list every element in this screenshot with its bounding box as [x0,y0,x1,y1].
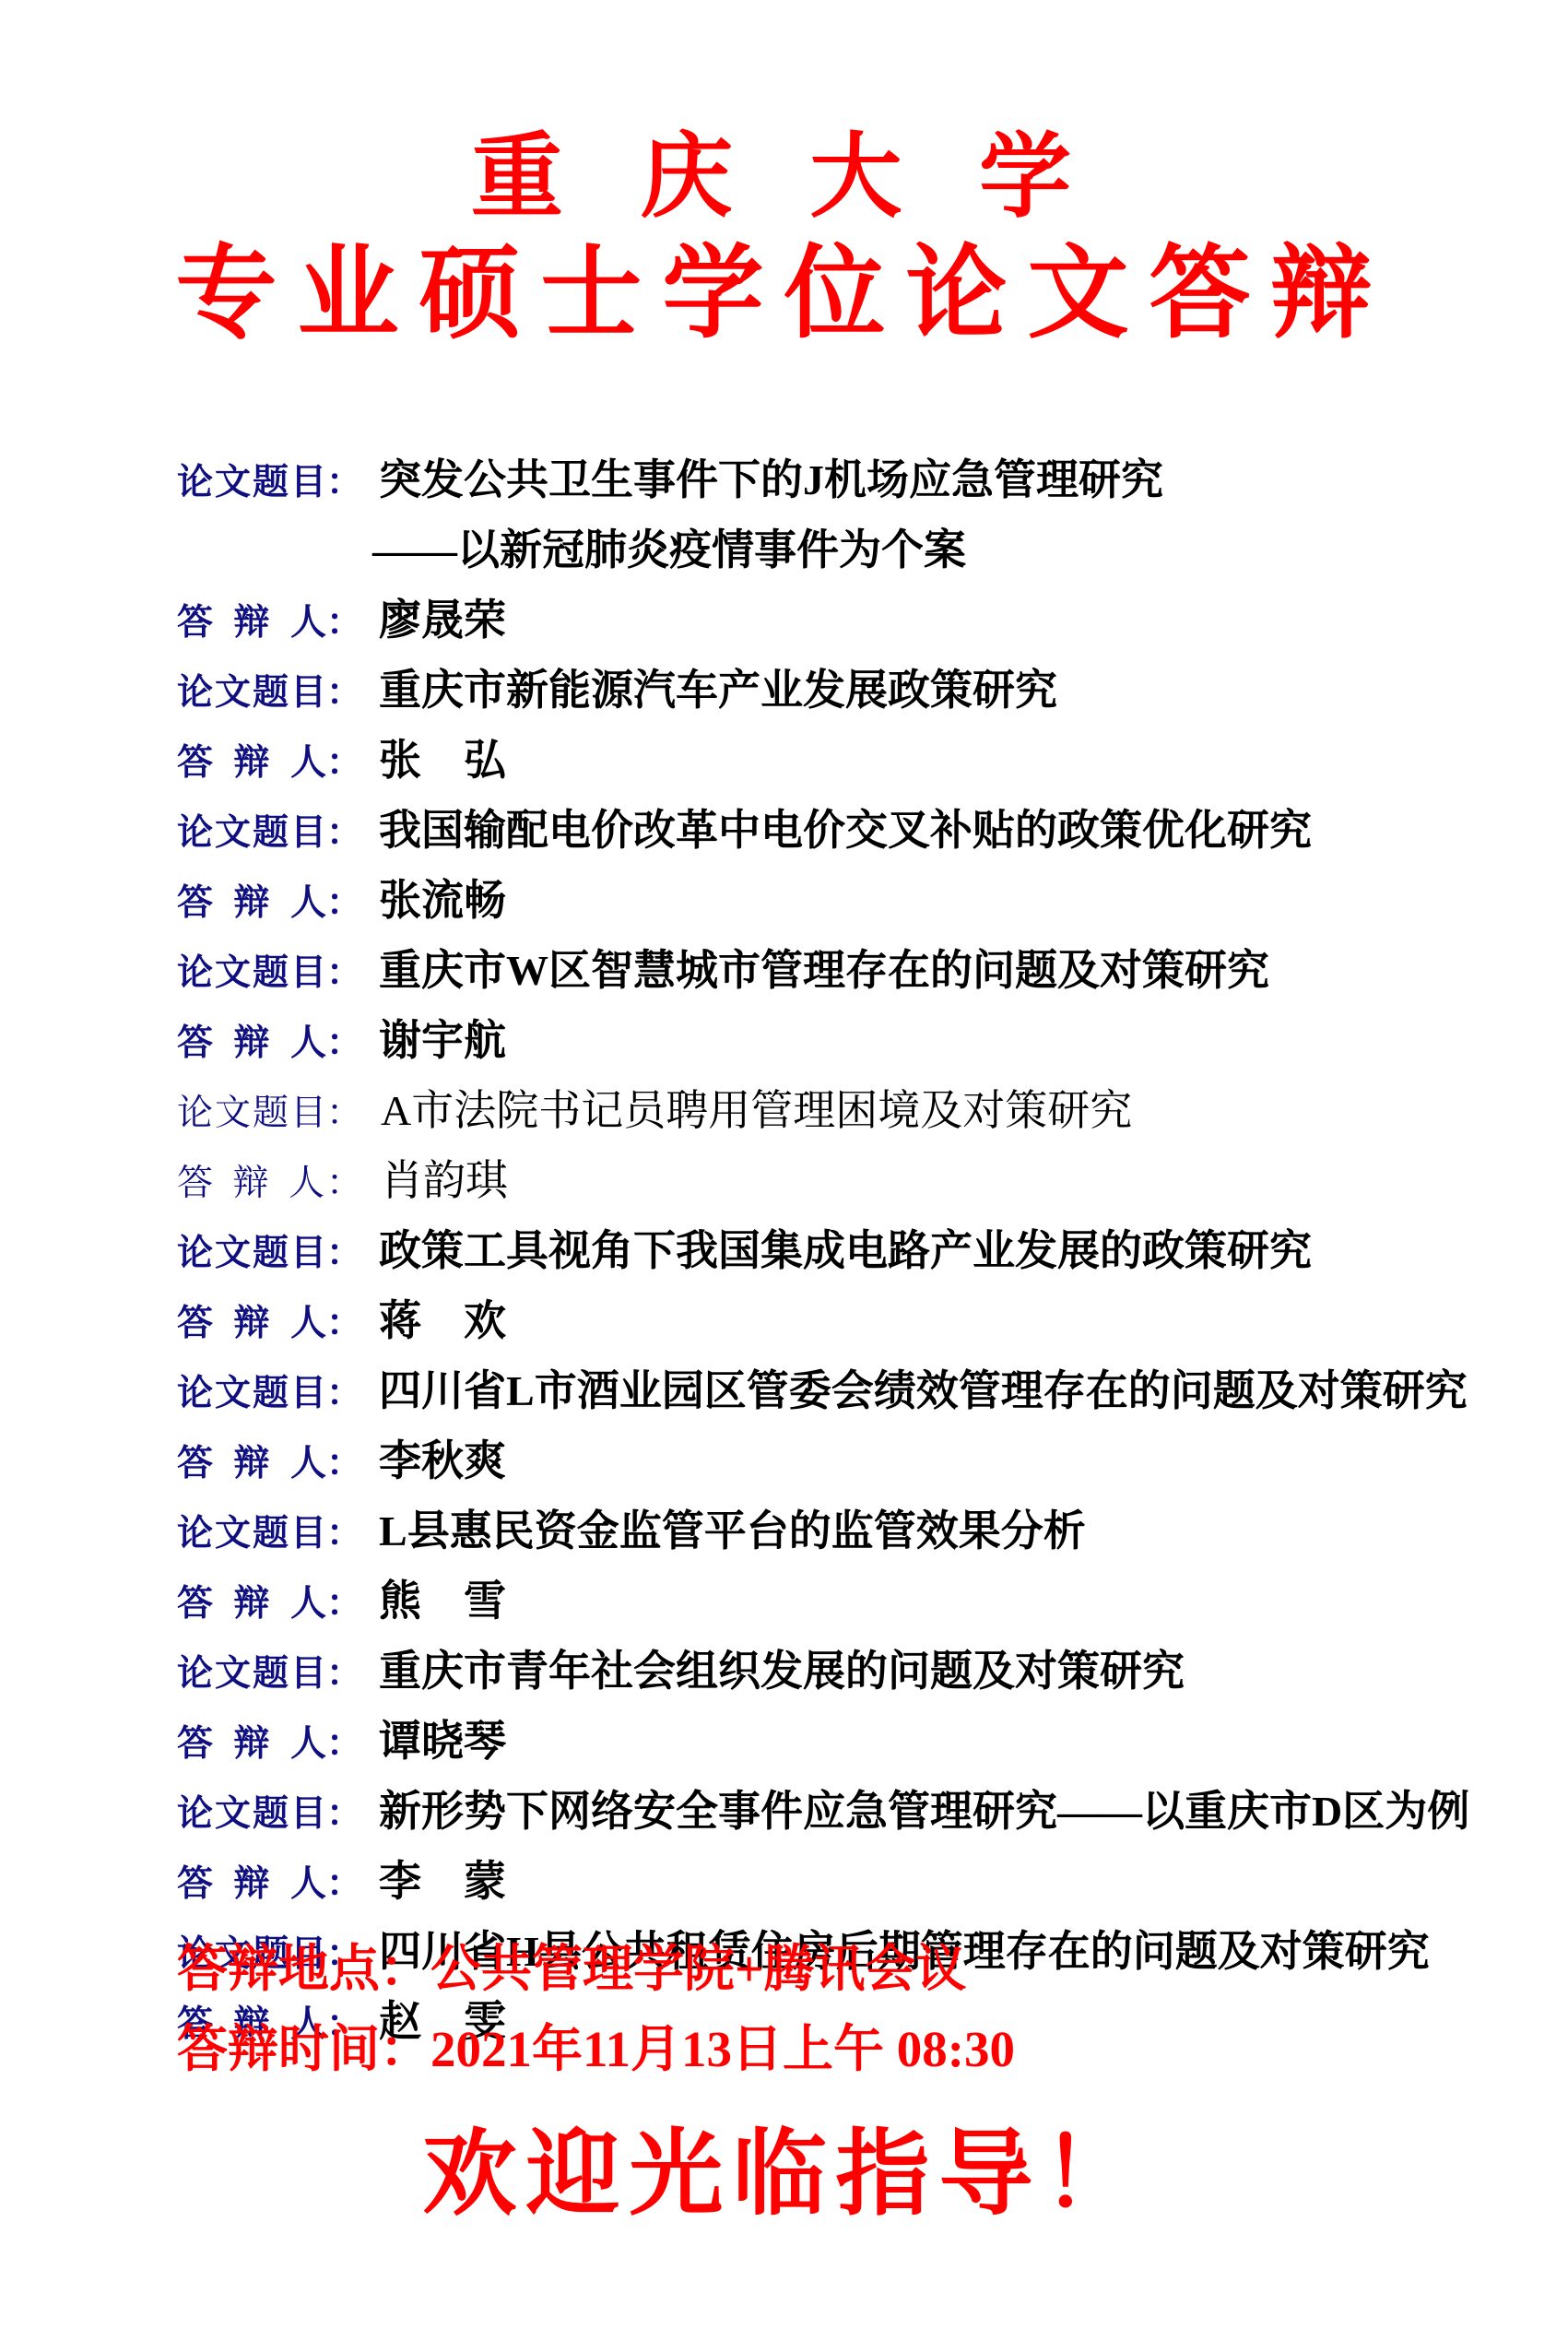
defender-label: 答 辩 人 [177,1294,326,1353]
defender-row: 答 辩 人：张 弘 [177,730,1486,800]
defender-label: 答 辩 人 [177,1013,326,1073]
label-colon: ： [326,1794,362,1834]
thesis-title-label: 论文题目 [177,943,326,1003]
defender-row: 答 辩 人：廖晟荣 [177,590,1486,660]
defender-row: 答 辩 人：谭晓琴 [177,1711,1486,1781]
defender-row: 答 辩 人：张流畅 [177,870,1486,940]
defender-name: 张 弘 [379,737,506,784]
defender-label: 答 辩 人 [177,1854,326,1914]
thesis-entry: 论文题目：政策工具视角下我国集成电路产业发展的政策研究 答 辩 人：蒋 欢 [177,1221,1486,1361]
thesis-title-text: 突发公共卫生事件下的J机场应急管理研究 [379,456,1163,503]
thesis-title-row: 论文题目：重庆市W区智慧城市管理存在的问题及对策研究 [177,940,1486,1011]
defender-label: 答 辩 人 [177,733,326,793]
label-colon: ： [326,1234,362,1273]
label-colon: ： [326,1023,362,1063]
thesis-title-text: 重庆市W区智慧城市管理存在的问题及对策研究 [379,947,1269,994]
defender-row: 答 辩 人：肖韵琪 [177,1151,1486,1221]
thesis-title-text: 政策工具视角下我国集成电路产业发展的政策研究 [379,1227,1312,1274]
defense-info-block: 答辩地点：公共管理学院+腾讯会议 答辩时间：2021年11月13日上午 08:3… [177,1929,1015,2089]
thesis-entry: 论文题目：我国输配电价改革中电价交叉补贴的政策优化研究 答 辩 人：张流畅 [177,800,1486,940]
defender-row: 答 辩 人：蒋 欢 [177,1291,1486,1361]
thesis-title-row: 论文题目：我国输配电价改革中电价交叉补贴的政策优化研究 [177,800,1486,870]
label-colon: ： [326,1164,364,1203]
defender-name: 谢宇航 [379,1017,506,1064]
thesis-title-label: 论文题目 [177,1504,326,1564]
label-colon: ： [326,813,362,853]
thesis-title-label: 论文题目 [177,1223,326,1283]
thesis-entry: 论文题目：L县惠民资金监管平台的监管效果分析 答 辩 人：熊 雪 [177,1501,1486,1641]
welcome-banner: 欢迎光临指导！ [0,2121,1568,2228]
thesis-title-row: 论文题目：政策工具视角下我国集成电路产业发展的政策研究 [177,1221,1486,1291]
defender-row: 答 辩 人：李 蒙 [177,1851,1486,1921]
thesis-title-text: 四川省L市酒业园区管委会绩效管理存在的问题及对策研究 [379,1367,1468,1414]
label-colon: ： [326,1093,364,1133]
label-colon: ： [326,1374,362,1413]
defender-name: 廖晟荣 [379,597,506,644]
thesis-title-row: 论文题目：重庆市新能源汽车产业发展政策研究 [177,660,1486,730]
thesis-title-label: 论文题目 [177,453,326,513]
defender-name: 肖韵琪 [381,1157,508,1204]
venue-text: 公共管理学院+腾讯会议 [430,1941,966,1997]
defender-name: 李 蒙 [379,1858,506,1905]
thesis-title-text: A市法院书记员聘用管理困境及对策研究 [381,1087,1132,1134]
thesis-subtitle-text: ——以新冠肺炎疫情事件为个案 [372,526,966,573]
thesis-title-label: 论文题目 [177,803,326,863]
thesis-title-row: 论文题目：重庆市青年社会组织发展的问题及对策研究 [177,1641,1486,1711]
label-colon: ： [326,1304,362,1343]
thesis-title-row: 论文题目：A市法院书记员聘用管理困境及对策研究 [177,1081,1486,1151]
defender-name: 李秋爽 [379,1437,506,1484]
defender-label: 答 辩 人 [177,1714,326,1774]
label-colon: ： [326,1654,362,1694]
venue-label: 答辩地点： [177,1941,430,1997]
thesis-title-label: 论文题目 [177,663,326,723]
thesis-title-text: 重庆市青年社会组织发展的问题及对策研究 [379,1648,1185,1695]
defender-label: 答 辩 人 [177,873,326,933]
label-colon: ： [326,1724,362,1764]
defender-name: 张流畅 [379,877,506,924]
thesis-entry: 论文题目：重庆市青年社会组织发展的问题及对策研究 答 辩 人：谭晓琴 [177,1641,1486,1781]
time-label: 答辩时间： [177,2021,430,2077]
thesis-entry: 论文题目：重庆市W区智慧城市管理存在的问题及对策研究 答 辩 人：谢宇航 [177,940,1486,1081]
thesis-title-text: L县惠民资金监管平台的监管效果分析 [379,1507,1086,1554]
defender-name: 蒋 欢 [379,1297,506,1344]
label-colon: ： [326,673,362,713]
thesis-title-row: 论文题目：新形势下网络安全事件应急管理研究——以重庆市D区为例 [177,1781,1486,1851]
label-colon: ： [326,1444,362,1483]
thesis-title-row: 论文题目：突发公共卫生事件下的J机场应急管理研究 [177,450,1486,520]
thesis-title-label: 论文题目 [177,1364,326,1424]
label-colon: ： [326,883,362,923]
defender-row: 答 辩 人：熊 雪 [177,1571,1486,1641]
defender-name: 谭晓琴 [379,1718,506,1765]
defender-row: 答 辩 人：谢宇航 [177,1011,1486,1081]
label-colon: ： [326,463,362,502]
thesis-entry: 论文题目：新形势下网络安全事件应急管理研究——以重庆市D区为例 答 辩 人：李 … [177,1781,1486,1921]
time-text: 2021年11月13日上午 08:30 [430,2021,1015,2077]
defense-time-line: 答辩时间：2021年11月13日上午 08:30 [177,2009,1015,2089]
label-colon: ： [326,1514,362,1554]
thesis-list: 论文题目：突发公共卫生事件下的J机场应急管理研究 ——以新冠肺炎疫情事件为个案 … [177,450,1486,2062]
label-colon: ： [326,603,362,643]
thesis-entry: 论文题目：突发公共卫生事件下的J机场应急管理研究 ——以新冠肺炎疫情事件为个案 … [177,450,1486,660]
thesis-entry: 论文题目：A市法院书记员聘用管理困境及对策研究 答 辩 人：肖韵琪 [177,1081,1486,1221]
defender-label: 答 辩 人 [177,1434,326,1494]
defender-row: 答 辩 人：李秋爽 [177,1431,1486,1501]
thesis-title-label: 论文题目 [177,1784,326,1844]
thesis-title-text: 重庆市新能源汽车产业发展政策研究 [379,667,1057,714]
thesis-entry: 论文题目：四川省L市酒业园区管委会绩效管理存在的问题及对策研究 答 辩 人：李秋… [177,1361,1486,1501]
thesis-title-row: 论文题目：L县惠民资金监管平台的监管效果分析 [177,1501,1486,1571]
defender-label: 答 辩 人 [177,593,326,653]
defense-announcement-page: { "header": { "university_line": "重 庆 大 … [0,0,1568,2352]
defense-venue-line: 答辩地点：公共管理学院+腾讯会议 [177,1929,1015,2009]
defender-label: 答 辩 人 [177,1574,326,1634]
thesis-subtitle-row: ——以新冠肺炎疫情事件为个案 [177,520,1486,590]
thesis-title-text: 我国输配电价改革中电价交叉补贴的政策优化研究 [379,807,1312,854]
thesis-title-label: 论文题目 [177,1083,326,1143]
thesis-entry: 论文题目：重庆市新能源汽车产业发展政策研究 答 辩 人：张 弘 [177,660,1486,800]
thesis-title-label: 论文题目 [177,1644,326,1704]
thesis-title-row: 论文题目：四川省L市酒业园区管委会绩效管理存在的问题及对策研究 [177,1361,1486,1431]
event-title: 专业硕士学位论文答辩 [0,241,1568,348]
defender-name: 熊 雪 [379,1578,506,1625]
page-title-block: 重 庆 大 学 专业硕士学位论文答辩 [0,129,1568,348]
thesis-title-text: 新形势下网络安全事件应急管理研究——以重庆市D区为例 [379,1788,1469,1835]
label-colon: ： [326,953,362,993]
defender-label: 答 辩 人 [177,1153,326,1213]
label-colon: ： [326,1864,362,1904]
university-title: 重 庆 大 学 [0,129,1568,226]
label-colon: ： [326,1584,362,1624]
label-colon: ： [326,743,362,783]
